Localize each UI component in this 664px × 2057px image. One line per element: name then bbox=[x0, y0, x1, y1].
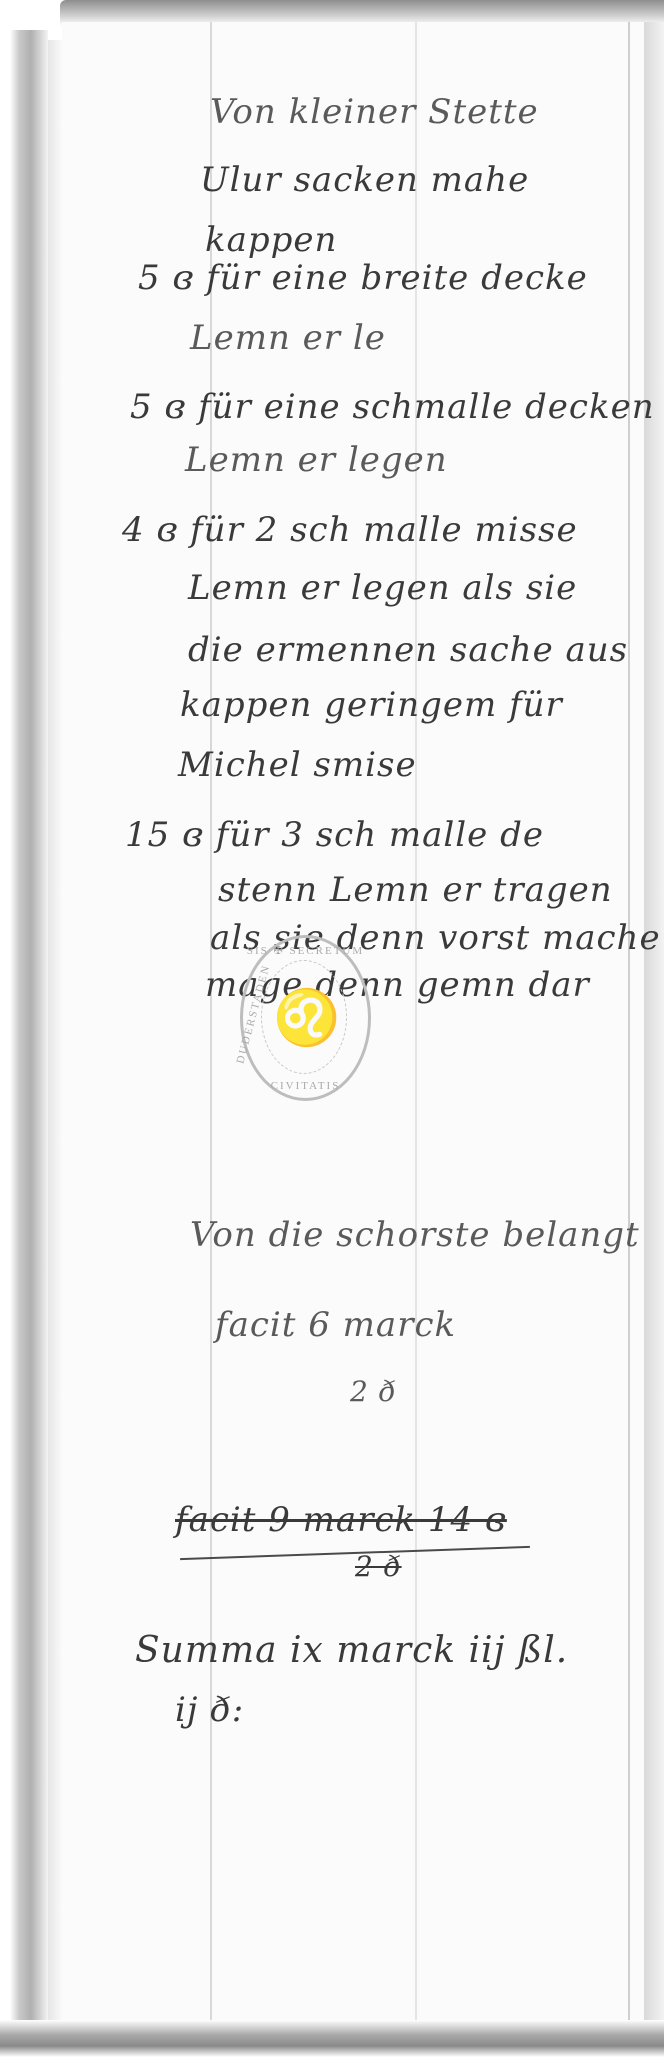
entry-line: 5 ɞ für eine breite decke bbox=[138, 258, 588, 298]
entry-line: 15 ɞ für 3 sch malle de bbox=[125, 815, 544, 855]
struck-total-line: facit 9 marck 14 ɞ bbox=[175, 1500, 507, 1540]
summary-line: Von die schorste belangt bbox=[190, 1215, 640, 1255]
entry-line: 5 ɞ für eine schmalle decken bbox=[130, 387, 655, 427]
page-right-edge bbox=[644, 22, 664, 2022]
entry-line: kappen geringem für bbox=[180, 685, 563, 725]
city-seal-stamp: SIS ✠ SECRETUM ♌ CIVITATIS DUDERSTADEN bbox=[240, 935, 371, 1101]
entry-line: stenn Lemn er tragen bbox=[218, 870, 613, 910]
page-left-margin bbox=[48, 40, 62, 2025]
entry-line: Lemn er legen als sie bbox=[188, 568, 577, 608]
grand-total-line: ij ð: bbox=[175, 1690, 244, 1730]
page-left-edge bbox=[10, 30, 48, 2030]
entry-line: die ermennen sache aus bbox=[188, 630, 628, 670]
struck-total-line: 2 ð bbox=[355, 1550, 402, 1583]
heading-line: Ulur sacken mahe bbox=[200, 160, 529, 200]
fold-line bbox=[415, 22, 417, 2022]
fold-line bbox=[628, 22, 630, 2022]
seal-inscription-bottom: CIVITATIS bbox=[243, 1080, 368, 1092]
summary-line: facit 6 marck bbox=[215, 1305, 456, 1345]
grand-total-line: Summa ix marck iij ßl. bbox=[135, 1630, 568, 1671]
summary-line: 2 ð bbox=[350, 1375, 397, 1408]
entry-line: Michel smise bbox=[178, 745, 417, 785]
entry-line: 4 ɞ für 2 sch malle misse bbox=[122, 510, 578, 550]
seal-inscription-top: SIS ✠ SECRETUM bbox=[243, 944, 368, 957]
heading-line: Von kleiner Stette bbox=[210, 92, 539, 132]
entry-line: Lemn er legen bbox=[185, 440, 448, 480]
lion-icon: ♌ bbox=[273, 978, 333, 1058]
page-bottom-edge bbox=[0, 2020, 664, 2057]
heading-line: kappen bbox=[205, 220, 337, 260]
entry-line: Lemn er le bbox=[190, 318, 386, 358]
